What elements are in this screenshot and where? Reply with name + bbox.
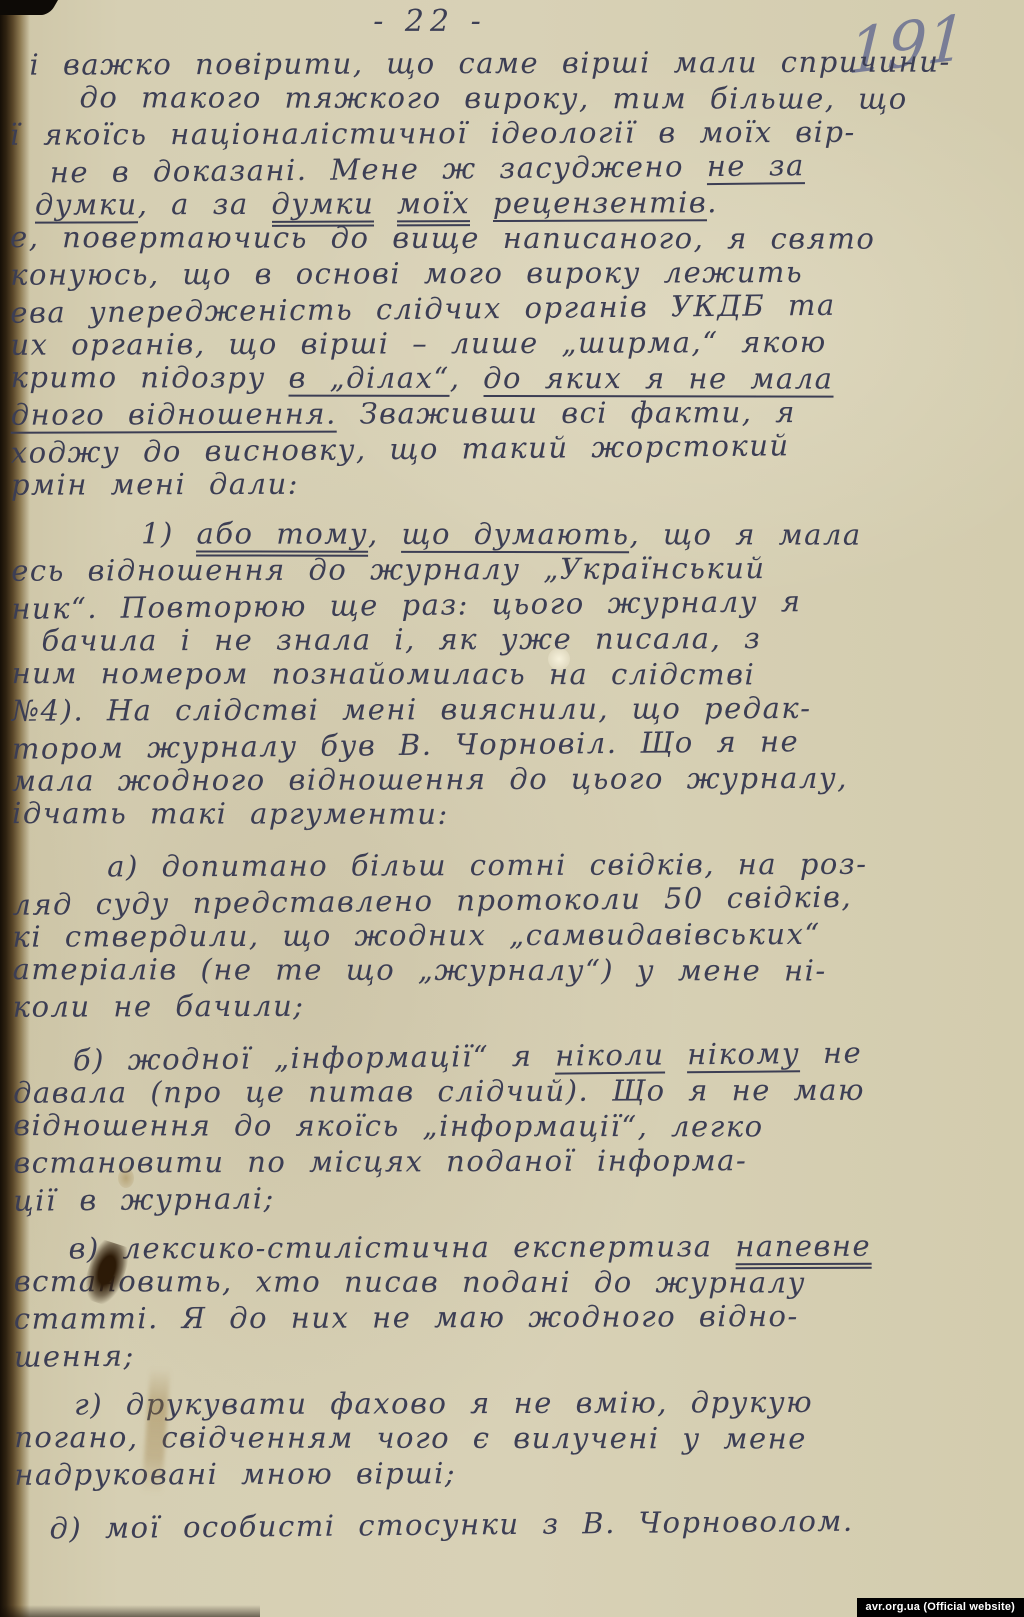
text: давала (про це питав слідчий). Що я не м… [13, 1073, 865, 1110]
text: в) лексико-стилістична експертиза [69, 1229, 736, 1265]
text: рмін мені дали: [11, 467, 299, 502]
text: до такого тяжкого вироку, тим більше, що [80, 80, 908, 115]
text: , а за [138, 187, 272, 221]
text: бачила і не знала і, як уже писала, з [41, 621, 761, 658]
underlined-text: напевне [735, 1229, 871, 1269]
text: ідчать такі аргументи: [12, 796, 449, 831]
handwritten-line: крито підозру в „ділах“, до яких я не ма… [11, 360, 1005, 397]
text: ева упередженість слідчих органів УКДБ т… [10, 288, 836, 330]
text: шення; [14, 1339, 135, 1374]
text: статті. Я до них не маю жодного відно- [14, 1299, 799, 1336]
handwriting: і важко повірити, що саме вірші мали спр… [9, 44, 1008, 1543]
text [374, 186, 397, 220]
text: , що я мала [630, 517, 862, 551]
underlined-text: не за [707, 148, 805, 185]
text: коли не бачили; [13, 989, 305, 1024]
text: а) допитано більш сотні свідків, на роз- [107, 847, 867, 884]
text [664, 1037, 687, 1071]
underlined-text: рецензентів [493, 185, 708, 222]
text: д) мої особисті стосунки з В. Чорноволом… [49, 1504, 853, 1546]
scan-bottom-edge [0, 1605, 260, 1617]
text: надруковані мною вірші; [14, 1456, 456, 1492]
text: ї якоїсь націоналістичної ідеології в мо… [10, 115, 856, 152]
underlined-text: нікому [687, 1036, 800, 1073]
handwritten-line: е, повертаючись до вище написаного, я св… [10, 220, 1004, 257]
text: не [800, 1036, 862, 1071]
text: погано, свідченням чого є вилучені у мен… [14, 1420, 807, 1455]
handwritten-line: 1) або тому, що думають, що я мала [11, 516, 1005, 553]
underlined-text: до яких я не мала [483, 361, 833, 398]
text: тором журналу був В. Чорновіл. Що я не [12, 724, 800, 766]
text: №4). На слідстві мені вияснили, що редак… [12, 691, 812, 728]
watermark-badge: avr.org.ua (Official website) [857, 1598, 1024, 1617]
text: кі ствердили, що жодних „самвидавівських… [12, 917, 820, 954]
text: 1) [141, 516, 197, 550]
handwritten-line: мала жодного відношення до цього журналу… [12, 760, 1006, 798]
text: конуюсь, що в основі мого вироку лежить [10, 255, 803, 292]
text: б) жодної „інформації“ я [73, 1039, 556, 1078]
text [470, 186, 493, 220]
text: г) друкувати фахово я не вмію, друкую [74, 1385, 813, 1422]
underlined-text: думки [35, 187, 138, 223]
text: ляд суду представлено протоколи 50 свідк… [12, 880, 852, 922]
handwritten-line: і важко повірити, що саме вірші мали спр… [9, 44, 1003, 82]
text: е, повертаючись до вище написаного, я св… [10, 220, 875, 256]
text: і важко повірити, що саме вірші мали спр… [29, 44, 950, 81]
handwritten-line: атеріалів (не те що „журналу“) у мене ні… [13, 952, 1007, 989]
text: есь відношення до журналу „Український [11, 551, 765, 588]
text: мала жодного відношення до цього журналу… [12, 761, 848, 798]
handwritten-line: рмін мені дали: [11, 464, 1005, 502]
paper-spot [118, 1168, 134, 1188]
document-page: - 22 - 191 і важко повірити, що саме вір… [0, 0, 1024, 1617]
underlined-text: в „ділах“ [288, 361, 449, 397]
text: ним номером познайомилась на слідстві [12, 656, 756, 691]
text: крито підозру [11, 360, 289, 394]
underlined-text: ніколи [555, 1038, 665, 1075]
paper-highlight [548, 648, 570, 670]
page-number: - 22 - [330, 4, 530, 39]
text: их органів, що вірші – лише „ширма,“ яко… [10, 325, 826, 362]
text: відношення до якоїсь „інформації“, легко [13, 1108, 764, 1143]
underlined-text: що думають [401, 517, 629, 553]
handwritten-line: д) мої особисті стосунки з В. Чорноволом… [14, 1502, 1008, 1547]
text: атеріалів (не те що „журналу“) у мене ні… [13, 952, 827, 987]
text: Зваживши всі факти, я [337, 395, 796, 431]
handwritten-line: давала (про це питав слідчий). Що я не м… [13, 1072, 1007, 1110]
text: , [368, 517, 401, 551]
underlined-text: або тому [197, 516, 369, 556]
handwritten-line: в) лексико-стилістична експертиза напевн… [14, 1228, 1008, 1266]
handwritten-line: бачила і не знала і, як уже писала, з [11, 620, 1005, 658]
scan-corner-mark [0, 0, 58, 15]
text: встановить, хто писав подані до журналу [14, 1264, 806, 1299]
handwritten-line: ідчать такі аргументи: [12, 796, 1006, 833]
handwritten-line: коли не бачили; [13, 986, 1007, 1024]
underlined-text: дного відношення. [11, 397, 337, 434]
handwritten-line: их органів, що вірші – лише „ширма,“ яко… [10, 324, 1004, 362]
text: ник“. Повторюю ще раз: цього журналу я [11, 584, 801, 626]
text: ходжу до висновку, що такий жорстокий [11, 428, 790, 469]
text: . [707, 185, 718, 219]
handwritten-line: встановить, хто писав подані до журналу [14, 1264, 1008, 1301]
text: , [450, 361, 483, 395]
handwritten-line: ції в журналі; [13, 1174, 1007, 1219]
handwritten-line: думки, а за думки моїх рецензентів. [10, 184, 1004, 222]
handwritten-line: відношення до якоїсь „інформації“, легко [13, 1108, 1007, 1145]
handwritten-line: до такого тяжкого вироку, тим більше, що [10, 80, 1004, 117]
text: ції в журналі; [13, 1181, 275, 1218]
text: не в доказані. Мене ж засуджено [50, 149, 707, 189]
handwritten-line: кі ствердили, що жодних „самвидавівських… [12, 916, 1006, 954]
handwritten-line: ним номером познайомилась на слідстві [12, 656, 1006, 693]
